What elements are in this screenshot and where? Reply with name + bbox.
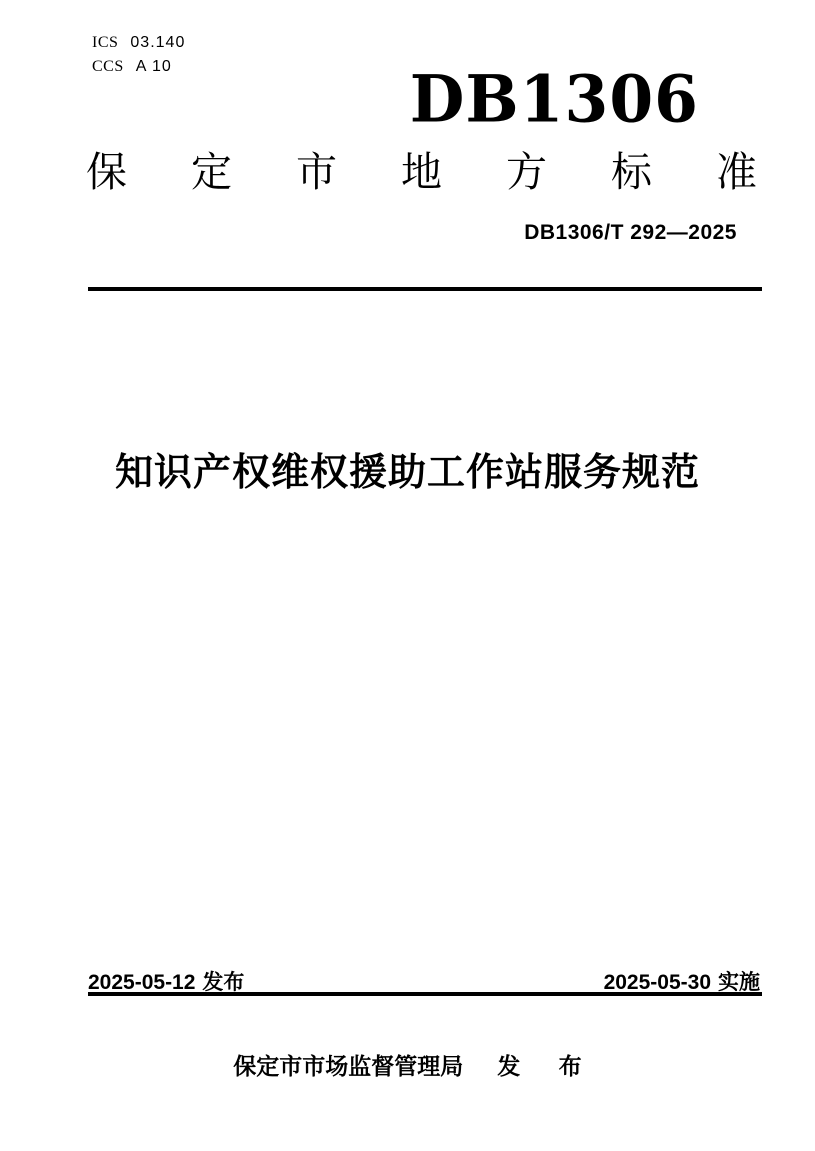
issue-date: 2025-05-12 xyxy=(88,971,195,994)
standard-type-char: 定 xyxy=(191,148,232,197)
issue-label: 发布 xyxy=(202,971,244,994)
ccs-label: CCS xyxy=(92,58,124,75)
standard-type-char: 地 xyxy=(401,148,442,197)
ccs-code-row: CCSA 10 xyxy=(92,55,185,79)
local-standard-heading: 保 定 市 地 方 标 准 xyxy=(86,148,757,197)
ics-value: 03.140 xyxy=(130,34,185,51)
standard-type-char: 保 xyxy=(86,148,127,197)
standard-type-char: 方 xyxy=(506,148,547,197)
standard-number: DB1306/T 292—2025 xyxy=(524,221,737,245)
footer-divider xyxy=(88,992,762,996)
header-divider xyxy=(88,287,762,291)
db1306-logo: DB1306 xyxy=(410,67,699,131)
publisher-row: 保定市市场监督管理局发 布 xyxy=(0,1048,815,1081)
ics-code-row: ICS03.140 xyxy=(92,31,185,55)
ccs-value: A 10 xyxy=(136,58,172,75)
ics-label: ICS xyxy=(92,34,118,51)
standard-type-char: 标 xyxy=(611,148,652,197)
standard-type-char: 市 xyxy=(296,148,337,197)
publish-label: 发 布 xyxy=(497,1053,597,1079)
classification-codes: ICS03.140 CCSA 10 xyxy=(92,31,185,79)
implementation-date: 2025-05-30 xyxy=(604,971,711,994)
standard-cover-page: ICS03.140 CCSA 10 DB1306 保 定 市 地 方 标 准 D… xyxy=(0,0,815,1151)
document-title: 知识产权维权援助工作站服务规范 xyxy=(0,441,815,496)
publisher-name: 保定市市场监督管理局 xyxy=(233,1053,463,1079)
standard-type-char: 准 xyxy=(716,148,757,197)
implementation-label: 实施 xyxy=(718,971,760,994)
